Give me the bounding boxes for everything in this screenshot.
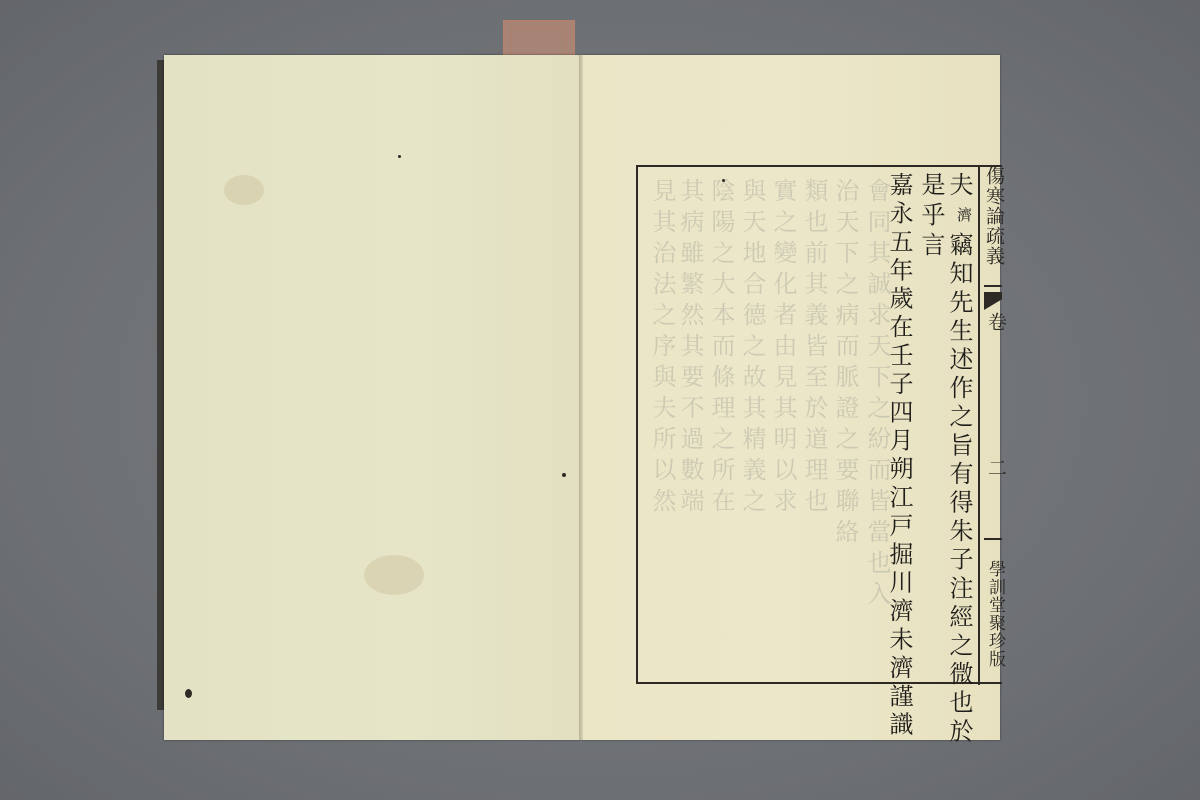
page-gutter xyxy=(579,55,583,740)
margin-volume-number: 二 xyxy=(983,458,1010,477)
margin-rule xyxy=(978,165,980,685)
margin-rule xyxy=(984,538,1002,540)
margin-book-title: 傷寒論疏義 xyxy=(981,166,1008,266)
margin-publisher: 學訓堂聚珍版 xyxy=(983,560,1008,668)
text-column-1: 竊知先生述作之旨有得朱子注經之微也於 xyxy=(946,232,972,747)
text-column-1-head: 夫 xyxy=(946,172,972,202)
paper-stain xyxy=(364,555,424,595)
ink-spot xyxy=(185,689,192,698)
ink-spot xyxy=(398,155,401,158)
text-column-3-colophon: 嘉永五年歲在壬子四月朔江戸掘川濟未濟謹識 xyxy=(886,172,912,740)
margin-volume-label: 卷 xyxy=(983,312,1010,331)
text-column-2: 是乎言 xyxy=(918,172,944,262)
text-column-1-annotation: 濟 xyxy=(951,207,977,224)
paper-stain xyxy=(224,175,264,205)
left-page xyxy=(164,55,580,740)
ink-spot xyxy=(562,473,566,477)
margin-rule xyxy=(984,285,1002,287)
